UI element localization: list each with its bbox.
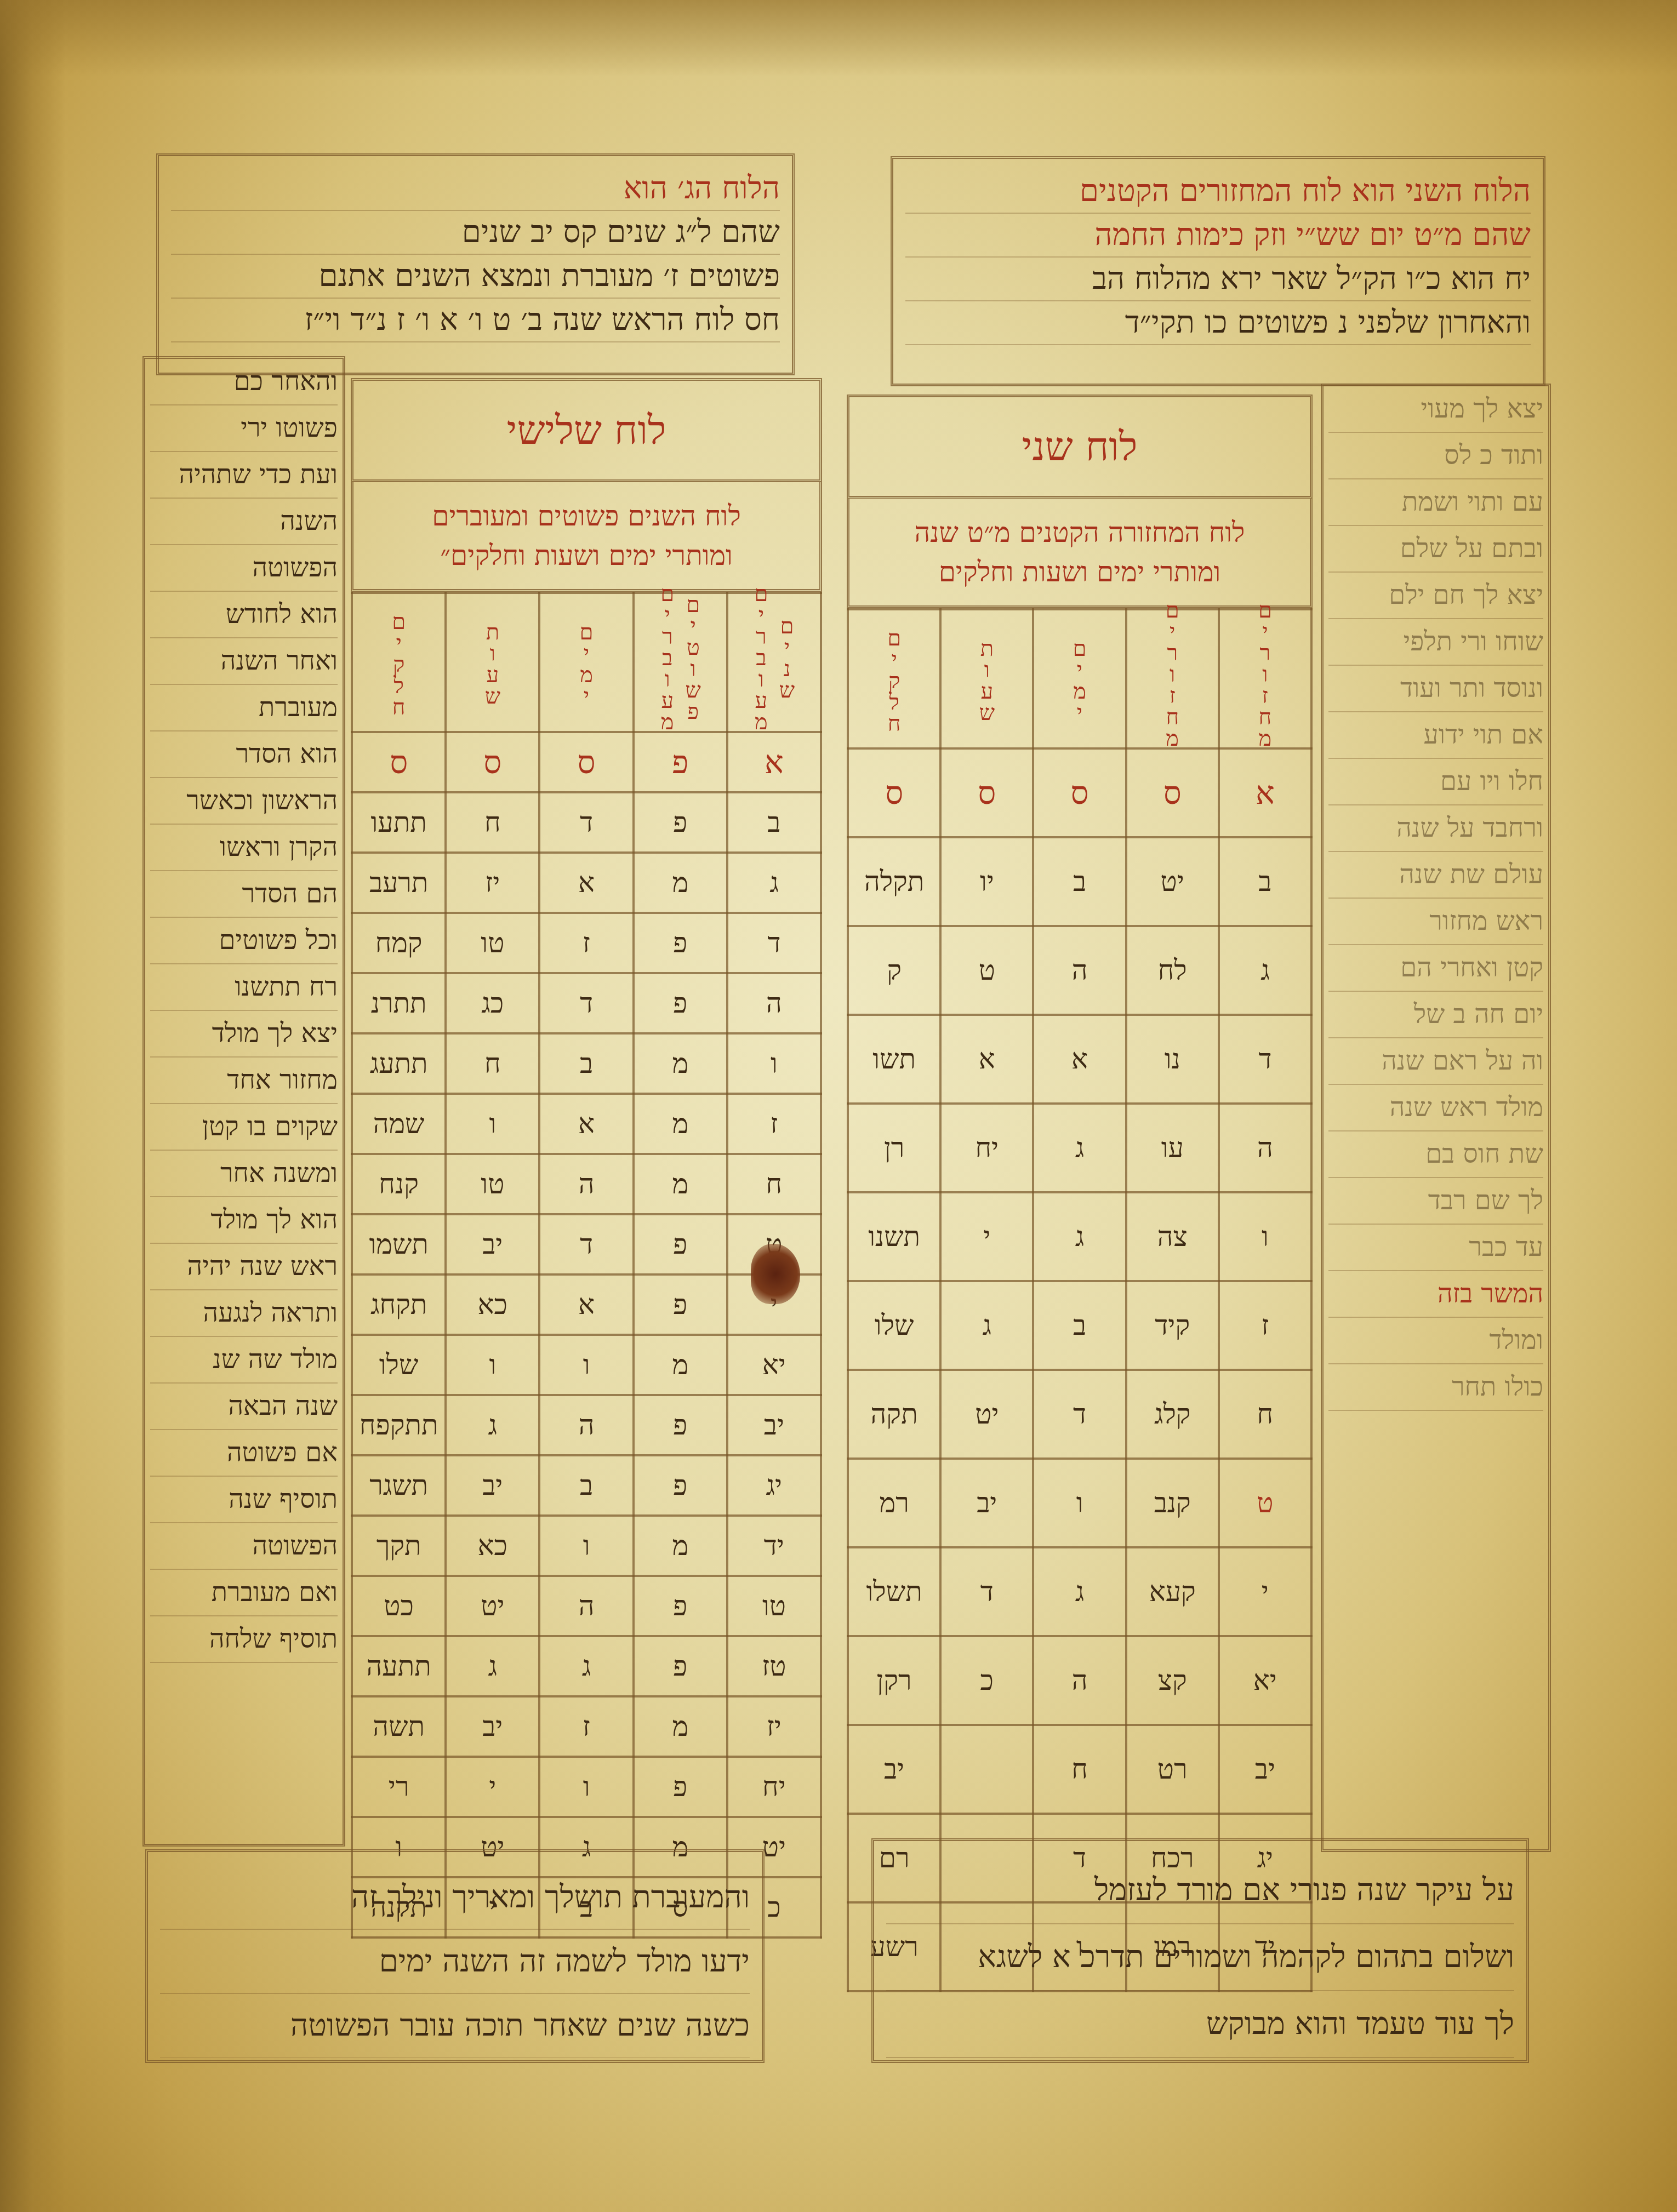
table-cell: רן (848, 1104, 940, 1192)
top-right-text: הלוח השני הוא לוח המחזורים הקטנים שהם מ״… (893, 164, 1543, 384)
margin-line: מולד ראש שנה (1328, 1085, 1543, 1131)
table-cell: פ (634, 1274, 727, 1335)
table-cell: יט (446, 1576, 539, 1636)
margin-line: יצא לך חם ילם (1328, 573, 1543, 619)
text-line: יח הוא כ״ו הק״ל שאר ירא מהלוח הב (905, 258, 1531, 301)
table-cell: שלו (352, 1335, 446, 1395)
table-cell: כט (352, 1576, 446, 1636)
table-cell: ס (1033, 748, 1126, 837)
table-cell: א (539, 1094, 633, 1154)
margin-line: ונוסד ותר ועוד (1328, 666, 1543, 712)
margin-line: מולד שה שנ (150, 1337, 338, 1384)
table-cell: י (446, 1757, 539, 1817)
table-cell: תשו (848, 1015, 940, 1104)
table-cell: תתעג (352, 1033, 446, 1094)
table-cell: ו (446, 1335, 539, 1395)
margin-line: תוסיף שנה (150, 1477, 338, 1523)
table-cell: ה (1033, 926, 1126, 1015)
margin-line: הוא הסדר (150, 731, 338, 778)
top-edge-shadow (0, 0, 1677, 77)
top-left-text: הלוח הג׳ הוא שהם ל״ג שנים קס יב שנים פשו… (159, 162, 792, 373)
text-line: הלוח השני הוא לוח המחזורים הקטנים (905, 170, 1531, 214)
table-cell: א (1033, 1015, 1126, 1104)
margin-line: ועת כדי שתהיה (150, 452, 338, 499)
table-cell: ז (539, 913, 633, 973)
bottom-right-text: על עיקר שנה פנורי אם מורד לעזמל ושלום בת… (874, 1852, 1526, 2060)
table-cell: תקה (848, 1370, 940, 1459)
table-row: יבפהגתתקפח (352, 1395, 821, 1455)
table-header-row: שנים מעוברים פשוטים מעוברים ימים שעות חל… (352, 593, 821, 732)
table-cell: יט (940, 1370, 1033, 1459)
table-cell: כג (446, 973, 539, 1033)
margin-line: וה על ראם שנה (1328, 1038, 1543, 1085)
table-row: דנואאתשו (848, 1015, 1311, 1104)
table-cell: ה (727, 973, 821, 1033)
binding-shadow (0, 0, 66, 2212)
margin-line: ואם מעוברת (150, 1570, 338, 1616)
table-cell: תתרנ (352, 973, 446, 1033)
table-row: ביטביותקלה (848, 837, 1311, 926)
table-cell: ו (727, 1033, 821, 1094)
margin-line: הוא לחודש (150, 592, 338, 638)
table-grid: מחזורים מחזורים ימים שעות חלקים אססססביט… (847, 608, 1313, 1992)
table-cell: כ (940, 1636, 1033, 1725)
margin-line: ותוד כ לס (1328, 433, 1543, 479)
table-cell: ג (1033, 1547, 1126, 1636)
table-cell: ו (446, 1094, 539, 1154)
table-cell: יט (1126, 837, 1219, 926)
table-row: טקנבויברמ (848, 1459, 1311, 1547)
table-cell: יב (940, 1459, 1033, 1547)
margin-line: והאחר כם (150, 359, 338, 405)
table-row: גלחהטק (848, 926, 1311, 1015)
table-cell: רמ (848, 1459, 940, 1547)
table-cell: מ (634, 1335, 727, 1395)
margin-line: אם פשוטה (150, 1430, 338, 1477)
table-cell: יז (446, 853, 539, 913)
text-line: שהם ל״ג שנים קס יב שנים (171, 211, 780, 255)
table-cell: מ (634, 1696, 727, 1757)
margin-line: הפשוטה (150, 1523, 338, 1570)
table-cell: ד (940, 1547, 1033, 1636)
table-cell: יב (848, 1725, 940, 1814)
table-cell: טז (727, 1636, 821, 1696)
table-cell: מ (634, 853, 727, 913)
table-cell: שמה (352, 1094, 446, 1154)
text-line: לך עוד טעמד והוא מבוקש (886, 1991, 1514, 2058)
table-cell: ח (1033, 1725, 1126, 1814)
table-cell: יב (446, 1214, 539, 1274)
table-cell: ד (539, 973, 633, 1033)
table-cell: קמח (352, 913, 446, 973)
margin-line: שוחו ורי תלפי (1328, 619, 1543, 666)
margin-line: ראש שנה יהיה (150, 1244, 338, 1290)
table-cell (940, 1725, 1033, 1814)
table-cell: א (539, 853, 633, 913)
table-cell: ח (446, 1033, 539, 1094)
table-cell: ד (1219, 1015, 1311, 1104)
table-row: גמאיזתרעב (352, 853, 821, 913)
text-line: והמעוברת תושלך ומאריך ונילך זה (160, 1866, 750, 1930)
table-header-row: מחזורים מחזורים ימים שעות חלקים (848, 609, 1311, 748)
margin-line: פשוטו ירי (150, 405, 338, 452)
table-cell: ט (1219, 1459, 1311, 1547)
table-row: יברטחיב (848, 1725, 1311, 1814)
margin-line: הקרן וראשו (150, 825, 338, 871)
table-cell: ה (1033, 1636, 1126, 1725)
table-cell: ח (446, 792, 539, 853)
table-cell: יג (727, 1455, 821, 1516)
table-cell: יח (940, 1104, 1033, 1192)
table-row: בפדחתתעו (352, 792, 821, 853)
table-cell: ה (539, 1576, 633, 1636)
table-row: העוגיחרן (848, 1104, 1311, 1192)
column-header: מחזורים (1219, 609, 1311, 748)
margin-line: חלו ויו עם (1328, 759, 1543, 805)
table-cell: טו (446, 1154, 539, 1214)
table-cell: מ (634, 1154, 727, 1214)
table-cell: פ (634, 732, 727, 792)
margin-line: הראשון וכאשר (150, 778, 338, 825)
ink-stain (751, 1244, 800, 1304)
table-cell: ג (446, 1395, 539, 1455)
table-cell: ח (727, 1154, 821, 1214)
table-cell: ב (1033, 1281, 1126, 1370)
table-row: טופהיטכט (352, 1576, 821, 1636)
table-cell: א (539, 1274, 633, 1335)
table-cell: ס (1126, 748, 1219, 837)
margin-line: הוא לך מולד (150, 1197, 338, 1244)
table-cell: פ (634, 792, 727, 853)
margin-line: ורחבד על שנה (1328, 805, 1543, 852)
text-line: והאחרון שלפני נ פשוטים כו תקי״ד (905, 301, 1531, 345)
table-cell: קלג (1126, 1370, 1219, 1459)
table-cell: ד (539, 1214, 633, 1274)
text-line: שהם מ״ט יום שש״י וזק כימות החמה (905, 214, 1531, 258)
table-cell: ס (352, 732, 446, 792)
table-cell: יא (1219, 1636, 1311, 1725)
column-header: שעות (940, 609, 1033, 748)
table-cell: ב (539, 1033, 633, 1094)
table-row: יאקצהכרקן (848, 1636, 1311, 1725)
table-cell: א (727, 732, 821, 792)
margin-line: עד כבר (1328, 1225, 1543, 1271)
table-cell: רי (352, 1757, 446, 1817)
left-margin-text: והאחר כםפשוטו יריועת כדי שתהיההשנההפשוטה… (144, 359, 344, 1844)
table-cell: כא (446, 1274, 539, 1335)
table-cell: מ (634, 1516, 727, 1576)
text-line: ידעו מולד לשמה זה השנה ימים (160, 1930, 750, 1994)
margin-line: הם הסדר (150, 871, 338, 918)
column-header: חלקים (352, 593, 446, 732)
table-cell: תתעו (352, 792, 446, 853)
margin-line: השנה (150, 499, 338, 545)
margin-line: שת חוס בם (1328, 1131, 1543, 1178)
table-cell: ס (940, 748, 1033, 837)
table-cell: ה (539, 1395, 633, 1455)
margin-line: כולו תחר (1328, 1364, 1543, 1411)
text-line: חס לוח הראש שנה ב׳ ט ו׳ א ו׳ ז נ״ד וי״ז (171, 299, 780, 342)
table-cell: ס (848, 748, 940, 837)
table-row: אסססס (848, 748, 1311, 837)
table-row: יאמוושלו (352, 1335, 821, 1395)
table-cell: א (940, 1015, 1033, 1104)
margin-line: רח תתשנו (150, 964, 338, 1011)
table-cell: תשלו (848, 1547, 940, 1636)
table-row: דפזטוקמח (352, 913, 821, 973)
table-cell: ג (1033, 1104, 1126, 1192)
table-cell: יז (727, 1696, 821, 1757)
margin-line: יצא לך מעוי (1328, 386, 1543, 433)
column-header: ימים (539, 593, 633, 732)
table-cell: ז (727, 1094, 821, 1154)
table-cell: יב (446, 1696, 539, 1757)
table-row: ידמוכאתקך (352, 1516, 821, 1576)
table-cell: לח (1126, 926, 1219, 1015)
table-cell: ז (1219, 1281, 1311, 1370)
table-cell: פ (634, 1214, 727, 1274)
table-cell: יח (727, 1757, 821, 1817)
table-row: יגפביבתשגר (352, 1455, 821, 1516)
table-cell: ה (1219, 1104, 1311, 1192)
table-cell: קעא (1126, 1547, 1219, 1636)
table-title: לוח שני (847, 395, 1313, 499)
table-cell: פ (634, 913, 727, 973)
text-line: על עיקר שנה פנורי אם מורד לעזמל (886, 1857, 1514, 1924)
margin-line: וכל פשוטים (150, 918, 338, 964)
table-cell: עו (1126, 1104, 1219, 1192)
table-cell: י (1219, 1547, 1311, 1636)
table-row: חמהטוקנח (352, 1154, 821, 1214)
column-header: שנים מעוברים (727, 593, 821, 732)
table-cell: ג (1219, 926, 1311, 1015)
margin-line: אם תוי ידוע (1328, 712, 1543, 759)
table-cell: תשגר (352, 1455, 446, 1516)
table-cell: נו (1126, 1015, 1219, 1104)
table-cell: ג (539, 1636, 633, 1696)
table-row: יקעאגדתשלו (848, 1547, 1311, 1636)
table-cell: ט (940, 926, 1033, 1015)
margin-line: מעוברת (150, 685, 338, 731)
table-cell: יב (1219, 1725, 1311, 1814)
table-cell: ב (1033, 837, 1126, 926)
table-cell: קיד (1126, 1281, 1219, 1370)
table-row: יחפוירי (352, 1757, 821, 1817)
table-cell: תשה (352, 1696, 446, 1757)
table-cell: ד (539, 792, 633, 853)
table-cell: קצ (1126, 1636, 1219, 1725)
table-cell: ג (1033, 1192, 1126, 1281)
table-cell: ג (446, 1636, 539, 1696)
table-cell: ג (940, 1281, 1033, 1370)
table-cell: צה (1126, 1192, 1219, 1281)
table-cell: פ (634, 1455, 727, 1516)
table-cell: ס (539, 732, 633, 792)
table-cell: טו (446, 913, 539, 973)
table-cell: ב (539, 1455, 633, 1516)
table-row: זמאושמה (352, 1094, 821, 1154)
table-caption: לוח המחזורה הקטנים מ״ט שנה ומותרי ימים ו… (847, 499, 1313, 608)
table-row: חקלגדיטתקה (848, 1370, 1311, 1459)
table-cell: יב (446, 1455, 539, 1516)
table-row: טזפגגתתעה (352, 1636, 821, 1696)
text-line: כשנה שנים שאחר תוכה עובר הפשוטה (160, 1994, 750, 2057)
bottom-left-text: והמעוברת תושלך ומאריך ונילך זה ידעו מולד… (148, 1860, 762, 2057)
table-cell: תתעה (352, 1636, 446, 1696)
table-cell: ו (1033, 1459, 1126, 1547)
margin-line: יום חה ב של (1328, 992, 1543, 1038)
table-cell: פ (634, 1757, 727, 1817)
table-row: הפדכגתתרנ (352, 973, 821, 1033)
table-cell: יד (727, 1516, 821, 1576)
table-cell: תתקפח (352, 1395, 446, 1455)
table-third: לוח שלישי לוח השנים פשוטים ומעוברים ומות… (351, 378, 822, 1939)
margin-line: עולם שת שנה (1328, 852, 1543, 899)
table-cell: פ (634, 1395, 727, 1455)
text-line: ושלום בתהום לקהמה ושמורים תדרכ א לשגא (886, 1924, 1514, 1991)
table-cell: ה (539, 1154, 633, 1214)
table-row: יזמזיבתשה (352, 1696, 821, 1757)
margin-line: יצא לך מולד (150, 1011, 338, 1058)
margin-line: קטן ואחרי הם (1328, 945, 1543, 992)
table-cell: ח (1219, 1370, 1311, 1459)
table-title: לוח שלישי (351, 378, 822, 482)
table-row: ומבחתתעג (352, 1033, 821, 1094)
table-cell: ג (727, 853, 821, 913)
table-cell: תקלה (848, 837, 940, 926)
table-cell: י (940, 1192, 1033, 1281)
right-margin-text: יצא לך מעויותוד כ לסעם ותוי ושמתובתם על … (1322, 386, 1550, 1849)
table-cell: מ (634, 1094, 727, 1154)
table-cell: תשמו (352, 1214, 446, 1274)
table-cell: רקן (848, 1636, 940, 1725)
table-cell: ק (848, 926, 940, 1015)
table-cell: קנח (352, 1154, 446, 1214)
margin-line: ומולד (1328, 1318, 1543, 1364)
table-cell: רט (1126, 1725, 1219, 1814)
table-cell: תרעב (352, 853, 446, 913)
table-cell: יא (727, 1335, 821, 1395)
table-cell: יו (940, 837, 1033, 926)
table-cell: טו (727, 1576, 821, 1636)
table-cell: ס (446, 732, 539, 792)
text-line: הלוח הג׳ הוא (171, 167, 780, 211)
column-header: מחזורים (1126, 609, 1219, 748)
table-cell: פ (634, 1636, 727, 1696)
margin-line: שקוים בו קטן (150, 1104, 338, 1151)
table-cell: קנב (1126, 1459, 1219, 1547)
margin-line: מחזור אחד (150, 1058, 338, 1104)
table-cell: א (1219, 748, 1311, 837)
table-cell: ו (539, 1516, 633, 1576)
table-cell: פ (634, 973, 727, 1033)
table-cell: פ (634, 1576, 727, 1636)
margin-line: לך שם רבד (1328, 1178, 1543, 1225)
margin-line: ואחר השנה (150, 638, 338, 685)
table-cell: ד (727, 913, 821, 973)
table-cell: מ (634, 1033, 727, 1094)
table-row: זקידבגשלו (848, 1281, 1311, 1370)
table-cell: שלו (848, 1281, 940, 1370)
margin-line: הפשוטה (150, 545, 338, 592)
table-cell: ב (727, 792, 821, 853)
margin-line: ובתם על שלם (1328, 526, 1543, 573)
table-cell: ו (1219, 1192, 1311, 1281)
margin-line: שנה הבאה (150, 1384, 338, 1430)
column-header: שעות (446, 593, 539, 732)
margin-line: ומשנה אחר (150, 1151, 338, 1197)
table-cell: ב (1219, 837, 1311, 926)
table-cell: כא (446, 1516, 539, 1576)
column-header: חלקים (848, 609, 940, 748)
column-header: פשוטים מעוברים (634, 593, 727, 732)
table-row: וצהגיתשנו (848, 1192, 1311, 1281)
text-line: פשוטים ז׳ מעוברת ונמצא השנים אתנם (171, 255, 780, 299)
table-second: לוח שני לוח המחזורה הקטנים מ״ט שנה ומותר… (847, 395, 1313, 1992)
column-header: ימים (1033, 609, 1126, 748)
margin-line: ראש מחזור (1328, 899, 1543, 945)
table-cell: תקחג (352, 1274, 446, 1335)
table-caption: לוח השנים פשוטים ומעוברים ומותרי ימים וש… (351, 482, 822, 592)
margin-line: המשר בזה (1328, 1271, 1543, 1318)
margin-line: ותראה לנגעה (150, 1290, 338, 1337)
table-cell: ו (539, 1757, 633, 1817)
table-cell: תשנו (848, 1192, 940, 1281)
margin-line: עם ותוי ושמת (1328, 479, 1543, 526)
table-cell: ד (1033, 1370, 1126, 1459)
table-cell: ו (539, 1335, 633, 1395)
table-row: אפססס (352, 732, 821, 792)
margin-line: תוסיף שלחה (150, 1616, 338, 1663)
table-cell: יב (727, 1395, 821, 1455)
table-cell: ז (539, 1696, 633, 1757)
table-cell: תקך (352, 1516, 446, 1576)
